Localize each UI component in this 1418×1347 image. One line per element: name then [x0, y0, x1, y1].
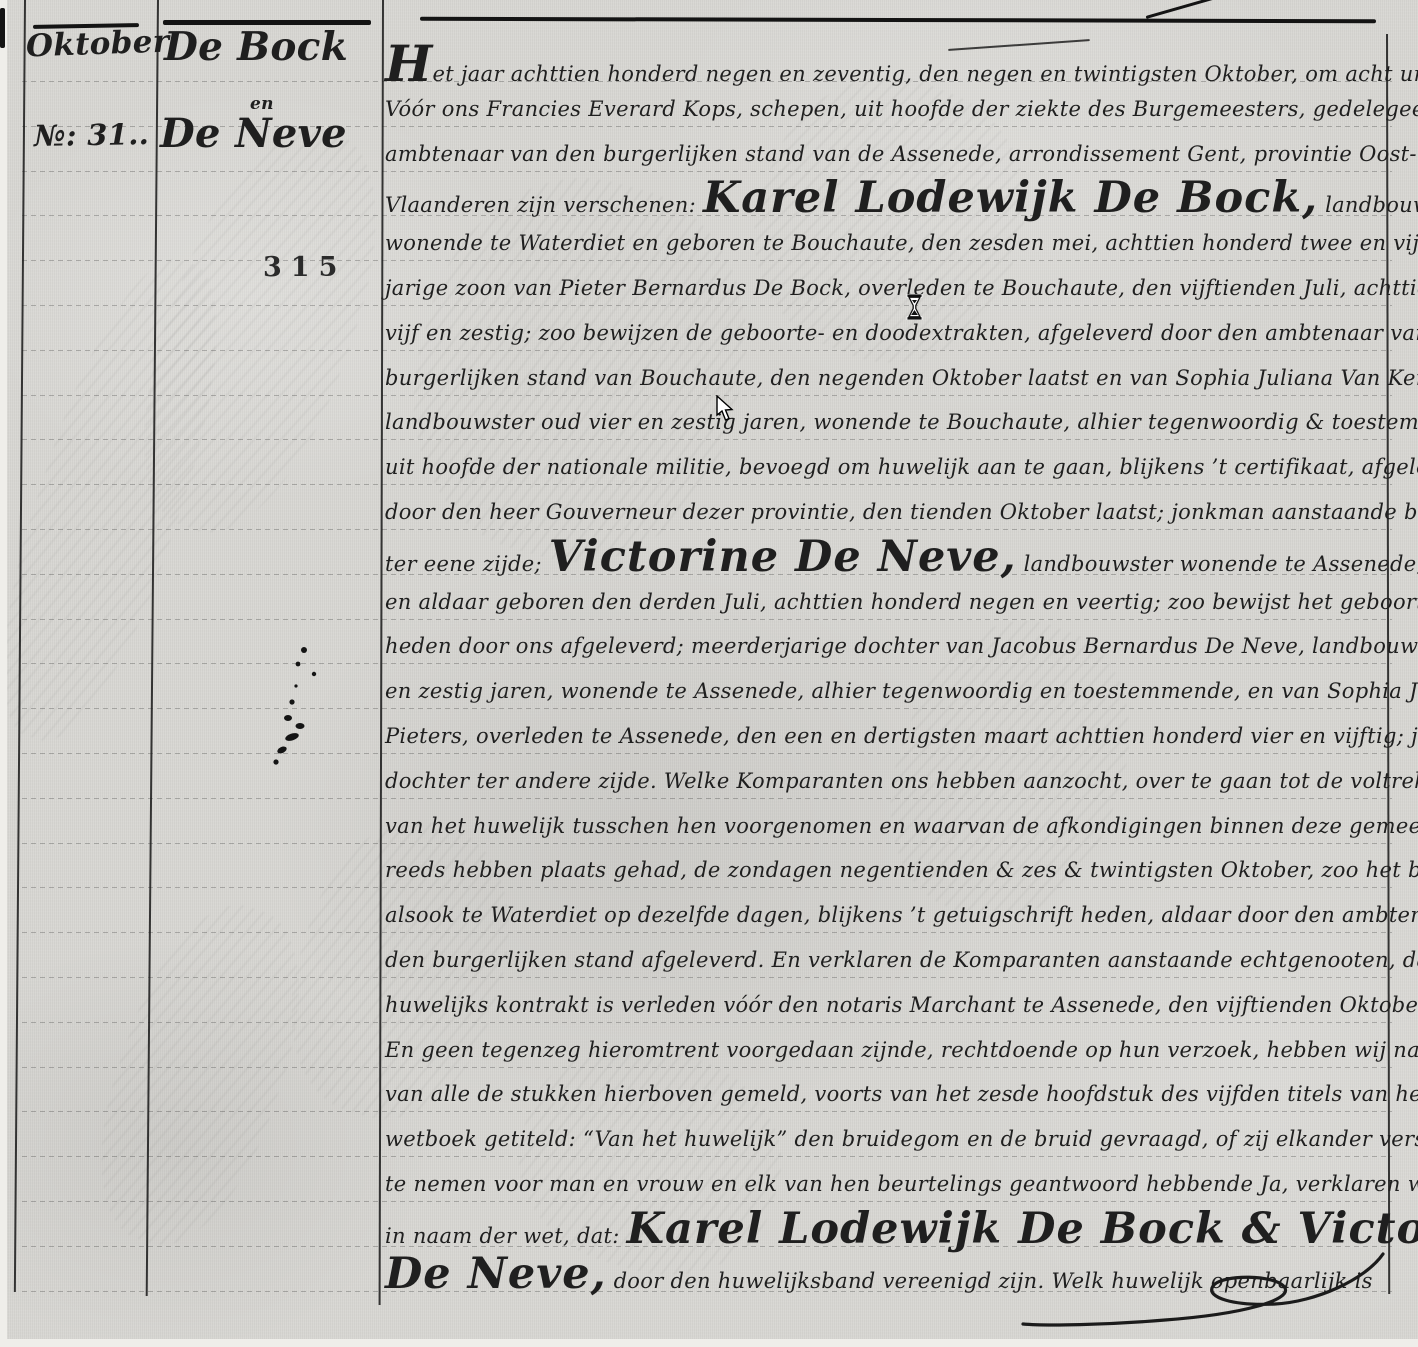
body-line: burgerlijken stand van Bouchaute, den ne…: [385, 358, 1418, 404]
body-line-text: en aldaar geboren den derden Juli, achtt…: [385, 590, 1418, 614]
body-line: jarige zoon van Pieter Bernardus De Bock…: [385, 268, 1418, 314]
scan-edge-left: [0, 0, 7, 1347]
body-line-text: vijf en zestig; zoo bewijzen de geboorte…: [385, 321, 1418, 345]
signature-flourish: [985, 1240, 1410, 1335]
header-rule-body-column: [420, 17, 1376, 24]
body-line-name-emphasis: Victorine De Neve,: [549, 532, 1017, 582]
body-line-text: wetboek getiteld: “Van het huwelijk” den…: [385, 1127, 1418, 1151]
body-line-text: van het huwelijk tusschen hen voorgenome…: [385, 814, 1418, 838]
body-line-text: den burgerlijken stand afgeleverd. En ve…: [385, 948, 1418, 972]
body-line-text: van alle de stukken hierboven gemeld, vo…: [385, 1082, 1418, 1106]
body-line-text: Vlaanderen zijn verschenen:: [385, 193, 703, 217]
body-line-text: huwelijks kontrakt is verleden vóór den …: [385, 993, 1418, 1017]
body-line: en aldaar geboren den derden Juli, achtt…: [385, 582, 1418, 628]
body-line-text: wonende te Waterdiet en geboren te Bouch…: [385, 231, 1418, 255]
body-line: heden door ons afgeleverd; meerderjarige…: [385, 626, 1418, 672]
scan-edge-mark: [0, 8, 5, 48]
body-line-text: Het jaar achttien honderd negen en zeven…: [385, 62, 1418, 86]
body-line: Het jaar achttien honderd negen en zeven…: [385, 44, 1418, 90]
body-line-name-emphasis: De Neve,: [385, 1249, 607, 1299]
body-line: den burgerlijken stand afgeleverd. En ve…: [385, 940, 1418, 986]
body-line-text: burgerlijken stand van Bouchaute, den ne…: [385, 366, 1418, 390]
body-line-text: heden door ons afgeleverd; meerderjarige…: [385, 634, 1418, 658]
body-line: en zestig jaren, wonende te Assenede, al…: [385, 671, 1418, 717]
body-line: uit hoofde der nationale militie, bevoeg…: [385, 447, 1418, 493]
body-line: landbouwster oud vier en zestig jaren, w…: [385, 402, 1418, 448]
body-line-text: alsook te Waterdiet op dezelfde dagen, b…: [385, 903, 1418, 927]
body-line: vijf en zestig; zoo bewijzen de geboorte…: [385, 313, 1418, 359]
body-line-text: landbouwster wonende te Assenede,: [1017, 552, 1418, 576]
margin-month-label: Oktober: [25, 24, 169, 65]
body-line-text: ter eene zijde;: [385, 552, 549, 576]
body-line: van alle de stukken hierboven gemeld, vo…: [385, 1074, 1418, 1120]
body-line-text: reeds hebben plaats gehad, de zondagen n…: [385, 858, 1418, 882]
body-line-text: En geen tegenzeg hieromtrent voorgedaan …: [385, 1038, 1418, 1062]
body-line: reeds hebben plaats gehad, de zondagen n…: [385, 850, 1418, 896]
body-line-name-emphasis: Karel Lodewijk De Bock,: [703, 173, 1318, 223]
body-line: dochter ter andere zijde. Welke Komparan…: [385, 761, 1418, 807]
body-line: wonende te Waterdiet en geboren te Bouch…: [385, 223, 1418, 269]
body-line: En geen tegenzeg hieromtrent voorgedaan …: [385, 1030, 1418, 1076]
arrow-cursor: [716, 395, 735, 423]
scanned-register-page: Oktober №: 31.. De Bock en De Neve 315 H…: [0, 0, 1418, 1347]
header-diagonal-stroke: [1146, 0, 1264, 19]
body-line: Vóór ons Francies Everard Kops, schepen,…: [385, 89, 1418, 135]
party2-surname: De Neve: [160, 110, 347, 157]
body-line-text: in naam der wet, dat:: [385, 1224, 627, 1248]
body-line: Pieters, overleden te Assenede, den een …: [385, 716, 1418, 762]
body-line: ter eene zijde; Victorine De Neve, landb…: [385, 537, 1418, 583]
body-line-text: uit hoofde der nationale militie, bevoeg…: [385, 455, 1418, 479]
printed-page-number: 315: [263, 252, 346, 283]
party1-surname: De Bock: [164, 24, 348, 70]
body-line-text: landbouwster oud vier en zestig jaren, w…: [385, 410, 1418, 434]
ink-spatter: [268, 640, 328, 775]
body-line-text: jarige zoon van Pieter Bernardus De Bock…: [385, 276, 1418, 300]
body-line: Vlaanderen zijn verschenen: Karel Lodewi…: [385, 178, 1418, 224]
body-line-text: ambtenaar van den burgerlijken stand van…: [385, 142, 1417, 166]
body-line-text: landbouwer: [1318, 193, 1418, 217]
body-line-text: Vóór ons Francies Everard Kops, schepen,…: [385, 97, 1418, 121]
body-line: alsook te Waterdiet op dezelfde dagen, b…: [385, 895, 1418, 941]
body-line-text: door den heer Gouverneur dezer provintie…: [385, 500, 1418, 524]
body-line-text: te nemen voor man en vrouw en elk van he…: [385, 1172, 1418, 1196]
body-line-text: dochter ter andere zijde. Welke Komparan…: [385, 769, 1418, 793]
margin-act-number: №: 31..: [34, 117, 150, 153]
body-line-text: en zestig jaren, wonende te Assenede, al…: [385, 679, 1418, 703]
body-line: wetboek getiteld: “Van het huwelijk” den…: [385, 1119, 1418, 1165]
body-line: van het huwelijk tusschen hen voorgenome…: [385, 806, 1418, 852]
body-line: huwelijks kontrakt is verleden vóór den …: [385, 985, 1418, 1031]
smudge-texture: [67, 883, 332, 1266]
hourglass-wait-cursor: [906, 294, 923, 320]
scan-edge-bottom: [0, 1339, 1418, 1347]
body-line-text: Pieters, overleden te Assenede, den een …: [385, 724, 1418, 748]
